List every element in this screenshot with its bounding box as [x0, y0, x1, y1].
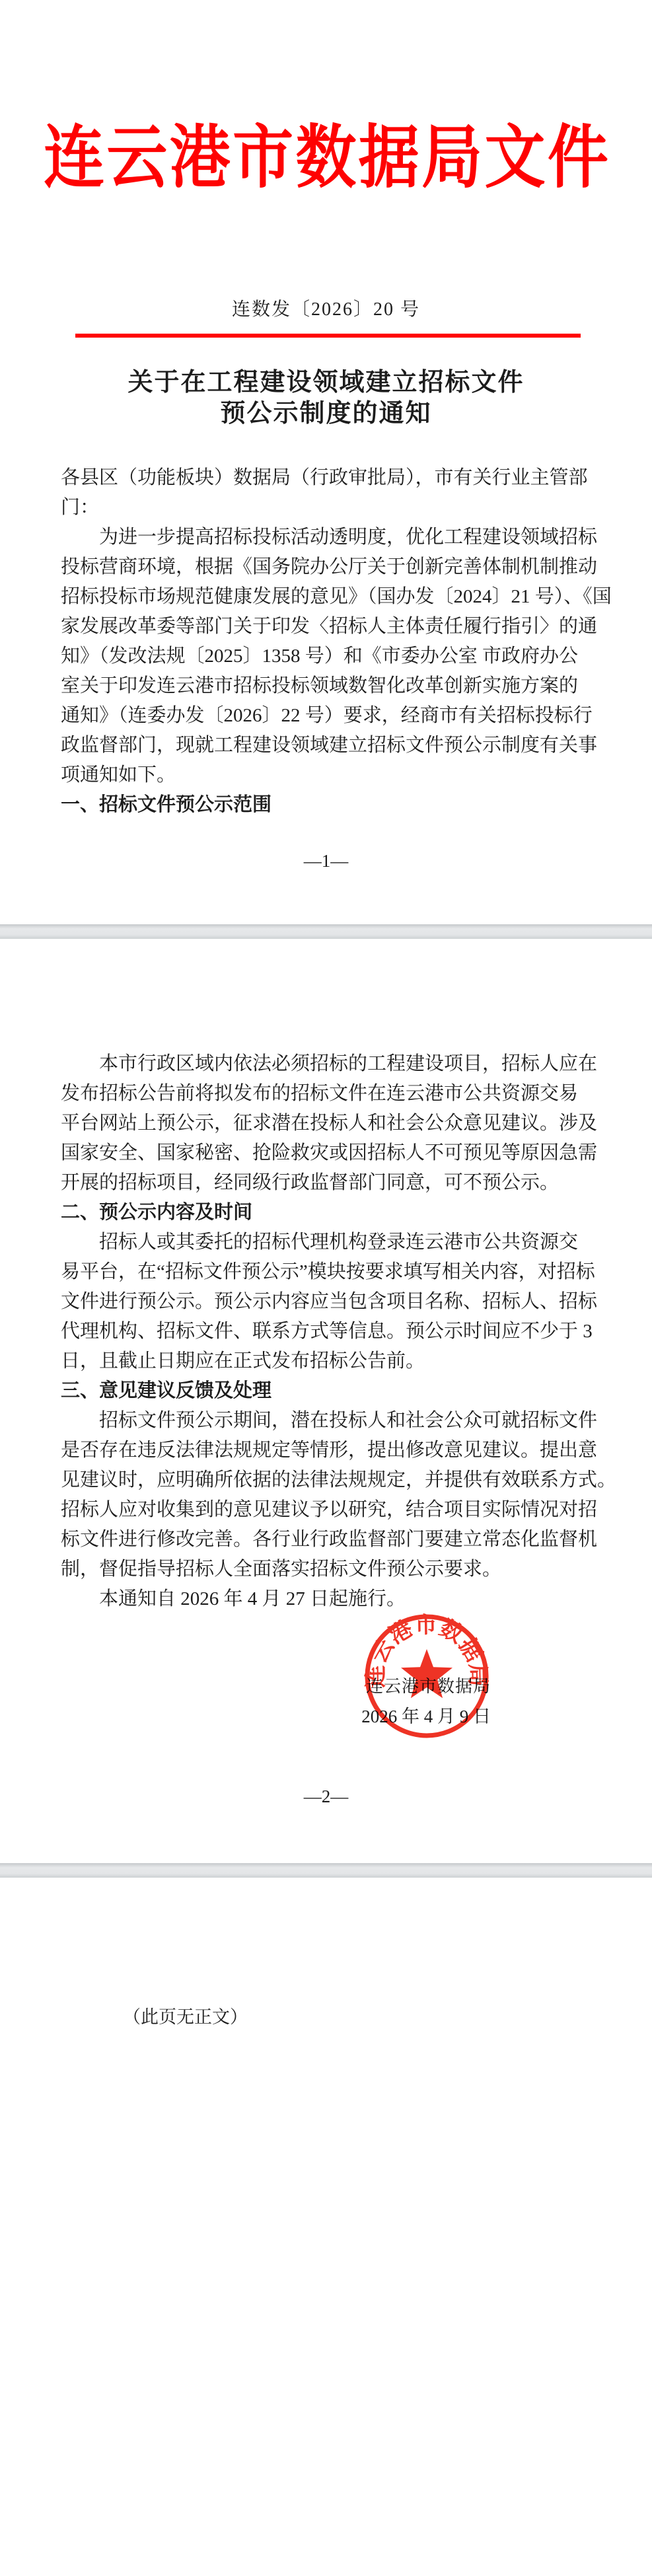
- body-line: 文件进行预公示。预公示内容应当包含项目名称、招标人、招标: [61, 1287, 602, 1317]
- no-body-text-note: （此页无正文）: [123, 2003, 248, 2032]
- body-line: 是否存在违反法律法规规定等情形，提出修改意见建议。提出意: [61, 1436, 602, 1465]
- body-line: 室关于印发连云港市招标投标领域数智化改革创新实施方案的: [61, 671, 602, 701]
- document-page-1: 连云港市数据局文件 连数发〔2026〕20 号 关于在工程建设领域建立招标文件 …: [0, 0, 652, 924]
- body-line: 见建议时，应明确所依据的法律法规规定，并提供有效联系方式。: [61, 1465, 602, 1495]
- page1-number: —1—: [0, 846, 652, 875]
- doc-number: 连数发〔2026〕20 号: [0, 299, 652, 321]
- document-viewer: 连云港市数据局文件 连数发〔2026〕20 号 关于在工程建设领域建立招标文件 …: [0, 0, 652, 2576]
- body-line: 各县区（功能板块）数据局（行政审批局），市有关行业主管部: [61, 463, 602, 493]
- section-heading: 二、预公示内容及时间: [61, 1198, 602, 1228]
- body-line: 发布招标公告前将拟发布的招标文件在连云港市公共资源交易: [61, 1079, 602, 1109]
- masthead-char: 云: [106, 117, 167, 199]
- page-separator: [0, 1863, 652, 1878]
- masthead-char: 文: [485, 117, 546, 199]
- section-heading: 一、招标文件预公示范围: [61, 790, 602, 820]
- body-line: 本市行政区域内依法必须招标的工程建设项目，招标人应在: [61, 1049, 602, 1079]
- masthead-char: 据: [359, 117, 419, 199]
- document-page-2: 本市行政区域内依法必须招标的工程建设项目，招标人应在发布招标公告前将拟发布的招标…: [0, 939, 652, 1863]
- body-line: 本通知自 2026 年 4 月 27 日起施行。: [61, 1584, 602, 1614]
- body-line: 招标人或其委托的招标代理机构登录连云港市公共资源交: [61, 1228, 602, 1257]
- body-line: 项通知如下。: [61, 760, 602, 790]
- body-line: 通知》（连委办发〔2026〕22 号）要求，经商市有关招标投标行: [61, 701, 602, 731]
- document-title-line1: 关于在工程建设领域建立招标文件: [0, 367, 652, 398]
- body-line: 日，且截止日期应在正式发布招标公告前。: [61, 1346, 602, 1376]
- body-line: 招标投标市场规范健康发展的意见》（国办发〔2024〕21 号）、《国: [61, 582, 602, 612]
- body-line: 知》（发改法规〔2025〕1358 号）和《市委办公室 市政府办公: [61, 642, 602, 671]
- masthead-char: 件: [548, 117, 608, 199]
- body-line: 门：: [61, 493, 602, 523]
- body-line: 代理机构、招标文件、联系方式等信息。预公示时间应不少于 3: [61, 1317, 602, 1346]
- signature-date: 2026 年 4 月 9 日: [361, 1703, 491, 1730]
- masthead-char: 局: [421, 117, 482, 199]
- masthead-char: 港: [170, 117, 231, 199]
- signature-organization: 连云港市数据局: [366, 1674, 491, 1700]
- body-line: 制，督促指导招标人全面落实招标文件预公示要求。: [61, 1555, 602, 1584]
- document-title: 关于在工程建设领域建立招标文件 预公示制度的通知: [0, 367, 652, 429]
- masthead-title: 连云港市数据局文件: [44, 122, 608, 194]
- body-line: 招标文件预公示期间，潜在投标人和社会公众可就招标文件: [61, 1406, 602, 1436]
- masthead-char: 市: [233, 117, 293, 199]
- section-heading: 三、意见建议反馈及处理: [61, 1376, 602, 1406]
- document-page-3: （此页无正文）: [0, 1878, 652, 2576]
- document-title-line2: 预公示制度的通知: [0, 398, 652, 429]
- body-line: 标文件进行修改完善。各行业行政监督部门要建立常态化监督机: [61, 1525, 602, 1555]
- page1-body: 各县区（功能板块）数据局（行政审批局），市有关行业主管部门：为进一步提高招标投标…: [61, 463, 602, 820]
- page2-body: 本市行政区域内依法必须招标的工程建设项目，招标人应在发布招标公告前将拟发布的招标…: [61, 1049, 602, 1614]
- body-line: 国家安全、国家秘密、抢险救灾或因招标人不可预见等原因急需: [61, 1138, 602, 1168]
- page2-number: —2—: [0, 1782, 652, 1811]
- body-line: 为进一步提高招标投标活动透明度，优化工程建设领域招标: [61, 523, 602, 552]
- body-line: 政监督部门，现就工程建设领域建立招标文件预公示制度有关事: [61, 731, 602, 760]
- masthead-char: 连: [44, 117, 104, 199]
- page-separator: [0, 924, 652, 939]
- body-line: 开展的招标项目，经同级行政监督部门同意，可不预公示。: [61, 1168, 602, 1198]
- masthead-char: 数: [295, 117, 356, 199]
- red-divider: [75, 334, 581, 338]
- body-line: 平台网站上预公示，征求潜在投标人和社会公众意见建议。涉及: [61, 1109, 602, 1138]
- body-line: 家发展改革委等部门关于印发〈招标人主体责任履行指引〉的通: [61, 612, 602, 642]
- body-line: 招标人应对收集到的意见建议予以研究，结合项目实际情况对招: [61, 1495, 602, 1525]
- body-line: 投标营商环境，根据《国务院办公厅关于创新完善体制机制推动: [61, 552, 602, 582]
- body-line: 易平台，在“招标文件预公示”模块按要求填写相关内容，对招标: [61, 1257, 602, 1287]
